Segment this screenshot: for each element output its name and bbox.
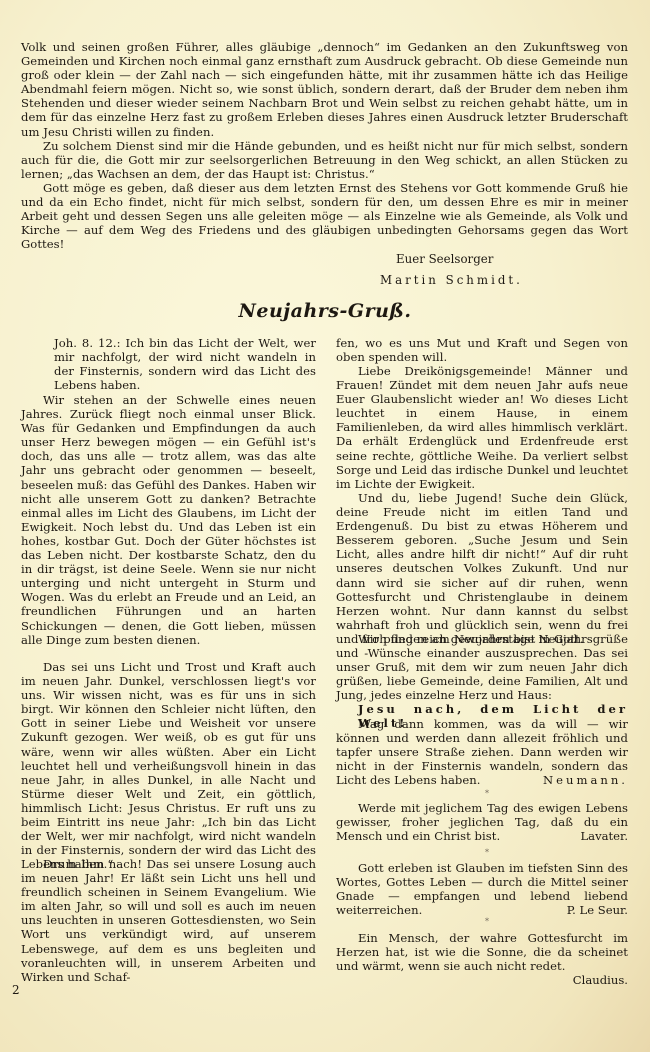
separator-star-icon: * [485, 789, 489, 798]
article-left-paragraph-1: Wir stehen an der Schwelle eines neuen J… [21, 393, 316, 647]
letter-paragraph-1: Volk und seinen großen Führer, alles glä… [21, 40, 628, 139]
magazine-page: Volk und seinen großen Führer, alles glä… [0, 0, 650, 1052]
letter-closing: Euer Seelsorger [396, 252, 493, 266]
article-right-paragraph-4: Wir pflegen am Neujahrstage Neujahrsgrüß… [336, 632, 628, 702]
letter-signature: Martin Schmidt. [380, 273, 523, 287]
quote-2: Gott erleben ist Glauben im tiefsten Sin… [336, 861, 628, 917]
quote-3: Ein Mensch, der wahre Gottesfurcht im He… [336, 931, 628, 987]
article-right-paragraph-2: Liebe Dreikönigsgemeinde! Männer und Fra… [336, 364, 628, 491]
article-right-paragraph-3: Und du, liebe Jugend! Suche dein Glück, … [336, 491, 628, 646]
page-number: 2 [12, 983, 20, 997]
quote-1-author: Lavater. [558, 829, 628, 843]
article-title: Neujahrs-Gruß. [0, 300, 650, 322]
letter-paragraph-2: Zu solchem Dienst sind mir die Hände geb… [21, 139, 628, 181]
closing-author: Neumann. [521, 773, 628, 787]
separator-star-icon: * [485, 848, 489, 857]
quote-3-text: Ein Mensch, der wahre Gottesfurcht im He… [336, 931, 628, 973]
quote-1: Werde mit jeglichem Tag des ewigen Leben… [336, 801, 628, 843]
quote-2-author: P. Le Seur. [545, 903, 628, 917]
quote-3-author: Claudius. [551, 973, 628, 987]
article-closing-paragraph: Mag dann kommen, was da will — wir könne… [336, 717, 628, 787]
article-right-paragraph-1: fen, wo es uns Mut und Kraft und Segen v… [336, 336, 628, 364]
letter-paragraph-3: Gott möge es geben, daß dieser aus dem l… [21, 181, 628, 251]
scripture-verse: Joh. 8. 12.: Ich bin das Licht der Welt,… [54, 336, 316, 392]
separator-star-icon: * [485, 917, 489, 926]
article-left-paragraph-3: Drum Ihm nach! Das sei unsere Losung auc… [21, 857, 316, 984]
article-left-paragraph-2: Das sei uns Licht und Trost und Kraft au… [21, 660, 316, 871]
